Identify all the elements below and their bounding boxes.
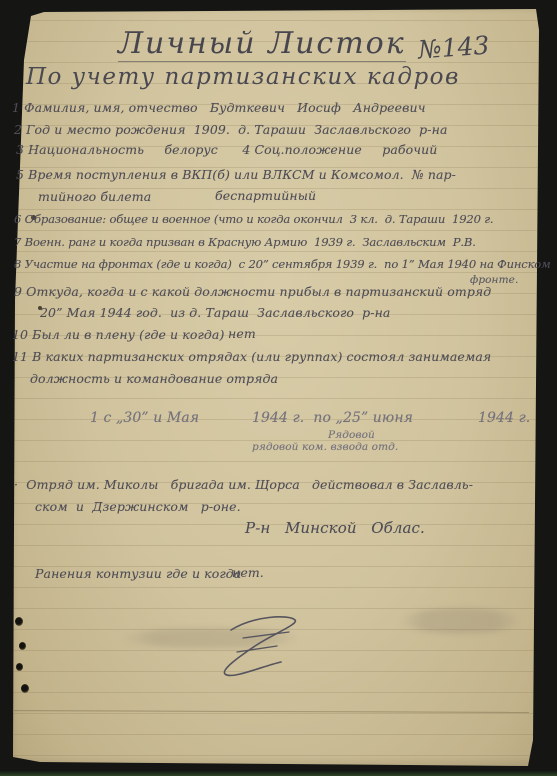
detachment-line-2: ском и Дзержинском р-оне. xyxy=(35,499,241,514)
service-period-start: 1 с „30” и Мая xyxy=(90,410,199,426)
field-nationality-line: 3 Национальность белорус 4 Соц.положение… xyxy=(16,142,437,157)
field-arrival-line-2: 20” Мая 1944 год. из д. Тараш Заславльск… xyxy=(40,305,390,320)
document-number: №143 xyxy=(417,31,490,65)
punch-hole xyxy=(15,617,23,626)
field-units-label-1: 11 В каких партизанских отрядах (или гру… xyxy=(12,349,491,364)
service-rank-note: рядовой ком. взвода отд. xyxy=(252,441,398,453)
field-birth-line: 2 Год и место рождения 1909. д. Тараши З… xyxy=(14,122,448,137)
punch-hole xyxy=(19,642,26,650)
scanned-document-page: Личный Листок №143 По учету партизанских… xyxy=(0,0,557,776)
wounds-label: Ранения контузии где и когда xyxy=(35,566,241,581)
field-party-line-1: 5 Время поступления в ВКП(б) или ВЛКСМ и… xyxy=(16,167,456,182)
service-period-year: 1944 г. xyxy=(478,410,530,426)
service-period-end: 1944 г. по „25” июня xyxy=(252,410,413,426)
page-subtitle: По учету партизанских кадров xyxy=(26,64,460,90)
field-captivity-label: 10 Был ли в плену (где и когда) xyxy=(12,327,224,342)
signature-flourish xyxy=(203,612,323,686)
field-party-value: беспартийный xyxy=(215,188,316,203)
detachment-line-1: · Отряд им. Миколы бригада им. Щорса дей… xyxy=(14,477,473,492)
service-rank-note-top: Рядовой xyxy=(328,429,375,441)
wounds-value: нет. xyxy=(232,565,264,580)
scan-bottom-edge xyxy=(0,770,557,776)
page-title: Личный Листок xyxy=(118,26,406,62)
document-heading: Личный Листок №143 xyxy=(118,26,489,62)
field-captivity-value: нет xyxy=(228,326,256,341)
ink-bleedthrough xyxy=(400,608,520,634)
field-name-line: 1 Фамилия, имя, отчество Будткевич Иосиф… xyxy=(12,100,426,115)
punch-hole xyxy=(16,663,23,671)
field-front-line: 8 Участие на фронтах (где и когда) с 20”… xyxy=(14,257,550,271)
field-army-line: 7 Военн. ранг и когда призван в Красную … xyxy=(14,235,476,249)
field-units-label-2: должность и командование отряда xyxy=(30,371,278,386)
detachment-region: Р-н Минской Облас. xyxy=(245,519,425,537)
punch-hole xyxy=(21,684,29,693)
field-party-line-2: тийного билета xyxy=(38,189,151,204)
field-arrival-line-1: 9 Откуда, когда и с какой должности приб… xyxy=(14,284,491,299)
field-education-line: 6 Образование: общее и военное (что и ко… xyxy=(14,212,493,226)
